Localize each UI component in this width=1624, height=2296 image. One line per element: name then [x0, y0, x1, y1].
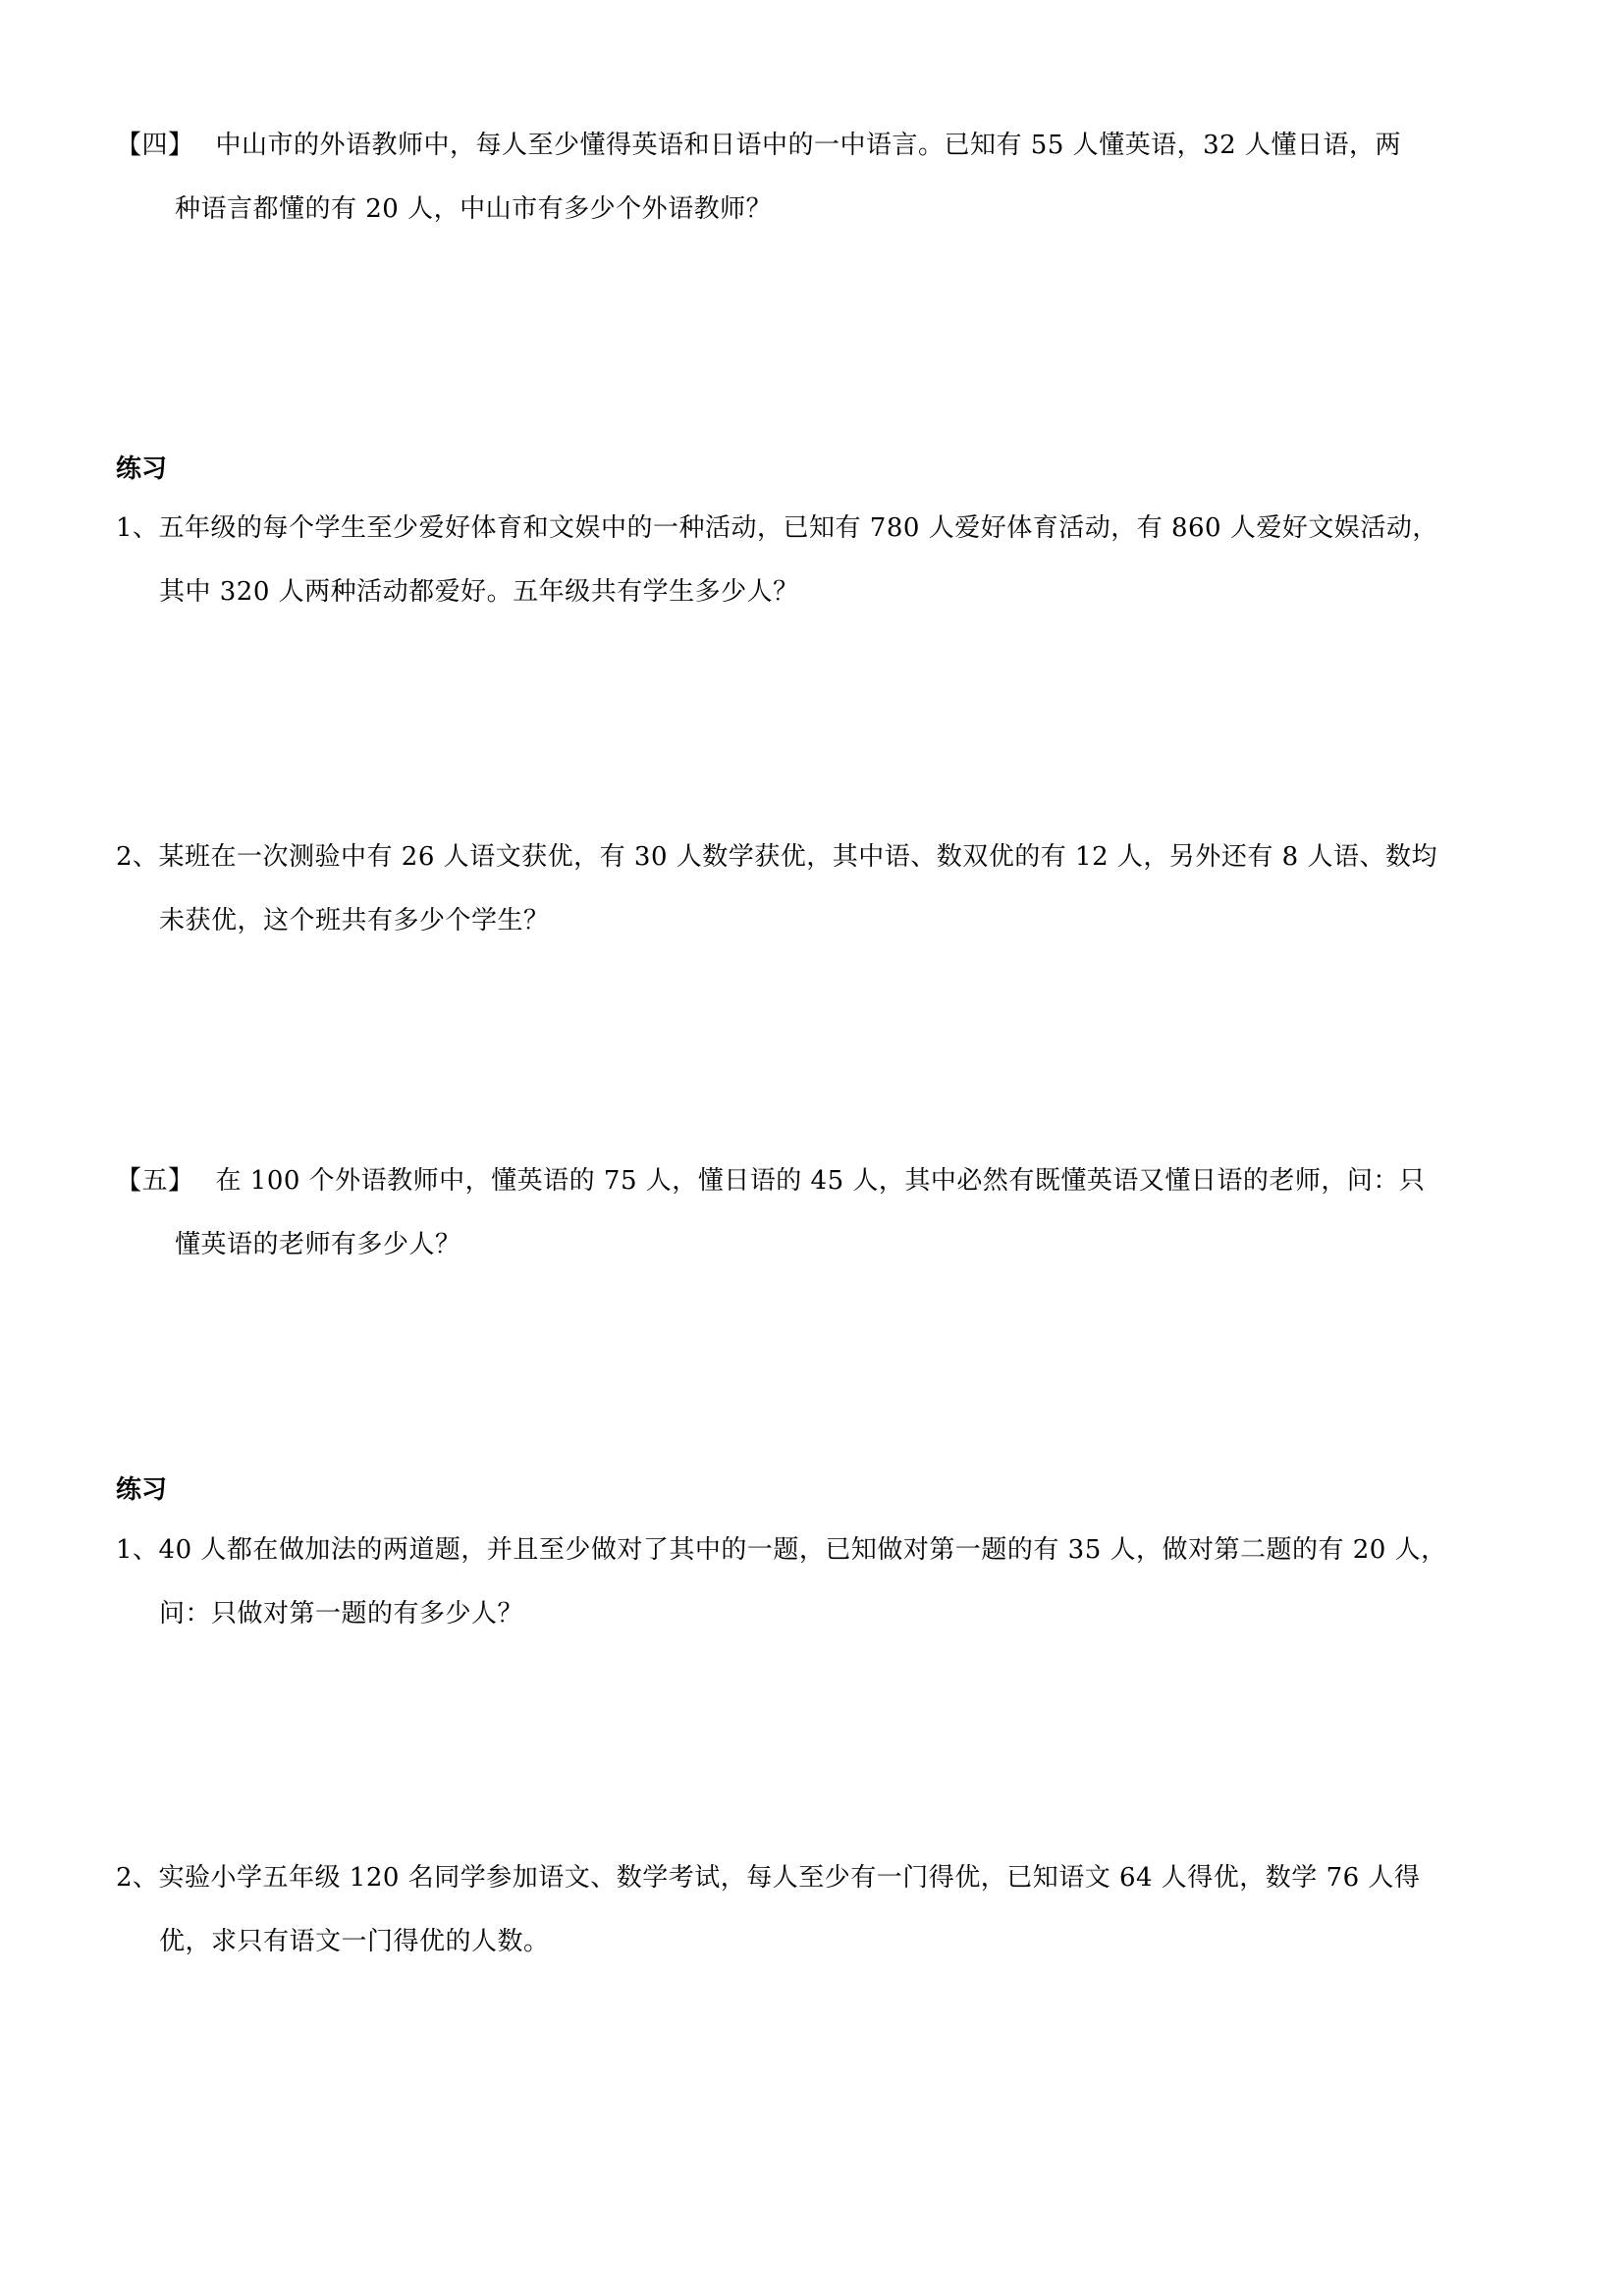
example-5-text-1: 在 100 个外语教师中，懂英语的 75 人，懂日语的 45 人，其中必然有既懂…: [216, 1166, 1426, 1196]
practice-1-q1-line-2: 其中 320 人两种活动都爱好。五年级共有学生多少人？: [159, 576, 799, 608]
practice-heading-2: 练习: [116, 1474, 167, 1506]
practice-1-q2-line-1: 2、某班在一次测验中有 26 人语文获优，有 30 人数学获优，其中语、数双优的…: [116, 841, 1437, 873]
practice-1-q1-line-1: 1、五年级的每个学生至少爱好体育和文娱中的一种活动，已知有 780 人爱好体育活…: [116, 512, 1438, 544]
practice-1-q2-line-2: 未获优，这个班共有多少个学生？: [159, 905, 550, 936]
practice-2-q2-line-1: 2、实验小学五年级 120 名同学参加语文、数学考试，每人至少有一门得优，已知语…: [116, 1862, 1420, 1894]
practice-2-q1-line-2: 问：只做对第一题的有多少人？: [159, 1598, 523, 1629]
example-5-line-1: 【五】在 100 个外语教师中，懂英语的 75 人，懂日语的 45 人，其中必然…: [116, 1165, 1425, 1197]
example-4-line-2: 种语言都懂的有 20 人，中山市有多少个外语教师？: [175, 193, 772, 225]
example-4-label: 【四】: [116, 131, 194, 160]
example-4-text-1: 中山市的外语教师中，每人至少懂得英语和日语中的一中语言。已知有 55 人懂英语，…: [216, 131, 1401, 160]
example-5-line-2: 懂英语的老师有多少人？: [175, 1229, 461, 1260]
example-5-label: 【五】: [116, 1166, 194, 1196]
practice-2-q1-line-1: 1、40 人都在做加法的两道题，并且至少做对了其中的一题，已知做对第一题的有 3…: [116, 1534, 1447, 1566]
practice-2-q2-line-2: 优，求只有语文一门得优的人数。: [159, 1926, 550, 1957]
example-4-line-1: 【四】中山市的外语教师中，每人至少懂得英语和日语中的一中语言。已知有 55 人懂…: [116, 130, 1401, 161]
practice-heading-1: 练习: [116, 454, 167, 485]
